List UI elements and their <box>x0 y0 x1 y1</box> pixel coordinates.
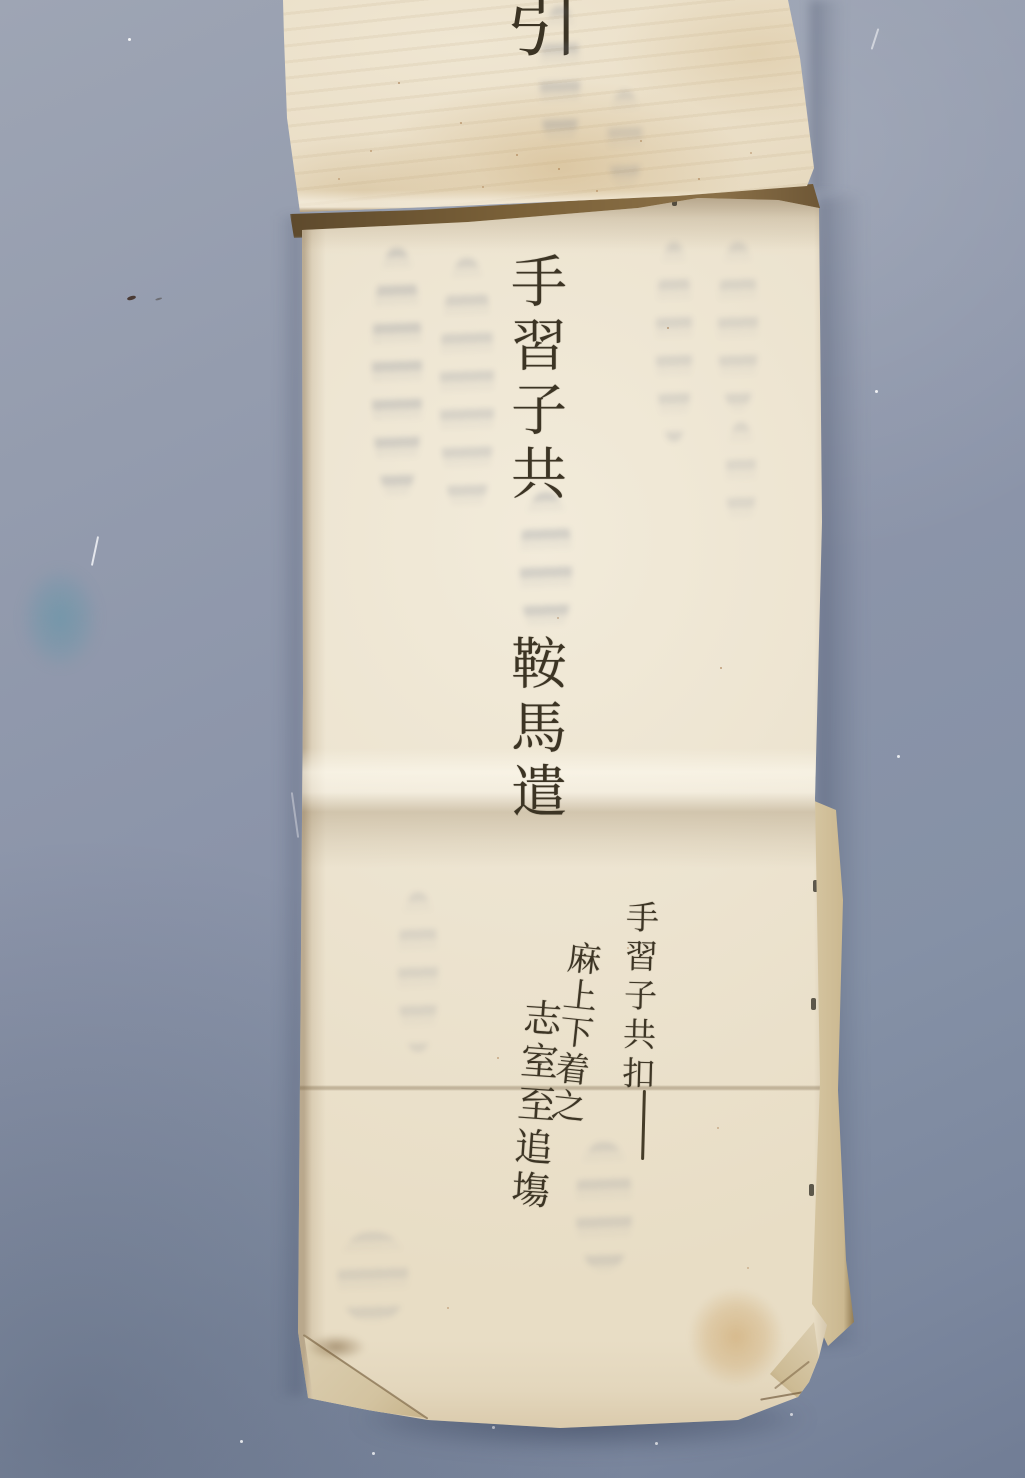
backdrop-thread <box>91 536 99 566</box>
folded-top-page: 引 <box>278 0 820 214</box>
foxing-spots <box>398 82 400 84</box>
main-page: 手習子共 鞍馬遣 手習子共扣 麻上下着之 志室至追塲 <box>298 192 840 1432</box>
ink-bleedthrough <box>520 492 572 642</box>
book-shadow <box>270 216 302 1396</box>
ink-bleedthrough <box>338 1232 408 1322</box>
ink-bleedthrough <box>440 258 494 523</box>
dust-specks <box>128 38 131 41</box>
ink-bleedthrough <box>718 242 758 412</box>
photo-of-manuscript: 引 手習子共 鞍馬遣 手習子共扣 麻上下着之 志室至追塲 <box>0 0 1025 1478</box>
note-column-3: 志室至追塲 <box>507 997 560 1214</box>
corner-smudge <box>306 1334 366 1360</box>
foxing-spots <box>667 327 669 329</box>
title-column-1: 手習子共 <box>506 252 562 508</box>
ink-bleedthrough <box>656 242 692 442</box>
book-shadow <box>810 0 854 192</box>
backdrop-teal-stain <box>20 566 100 670</box>
title-column-2: 鞍馬遣 <box>506 634 562 826</box>
edge-notch <box>811 998 816 1010</box>
calligraphy-tail-stroke <box>641 1090 646 1160</box>
backdrop-dark-speck <box>127 295 137 301</box>
ink-bleedthrough <box>372 248 422 503</box>
ink-bleedthrough <box>398 892 438 1052</box>
edge-notch <box>809 1184 814 1196</box>
round-stain <box>688 1288 784 1386</box>
ink-bleedthrough <box>540 6 580 156</box>
note-column-1: 手習子共扣 <box>619 900 657 1096</box>
ink-bleedthrough <box>576 1142 632 1272</box>
backdrop-thread <box>871 28 880 50</box>
ink-bleedthrough <box>726 422 756 532</box>
ink-bleedthrough <box>608 90 642 190</box>
